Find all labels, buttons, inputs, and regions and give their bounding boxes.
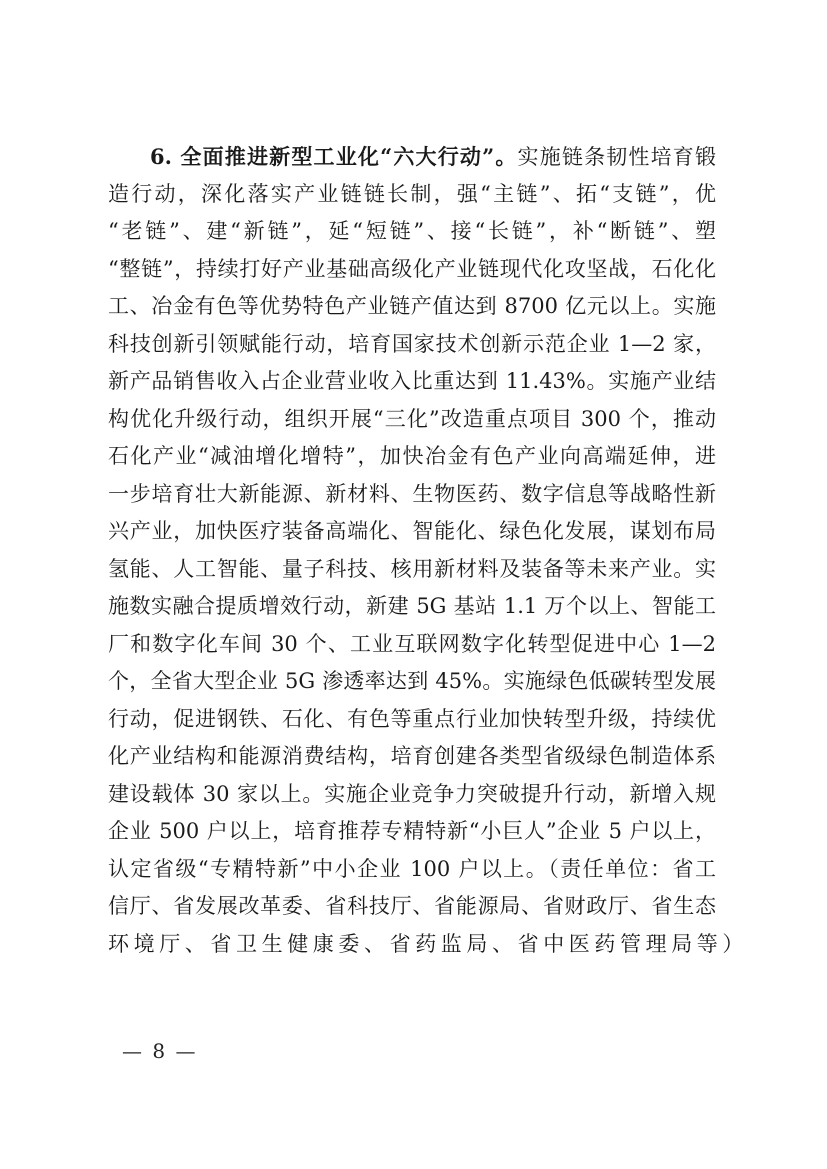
paragraph-line: “老链”、建“新链”，延“短链”、接“长链”，补“断链”、塑 [108, 213, 716, 251]
paragraph-line: 6. 全面推进新型工业化“六大行动”。实施链条韧性培育锻 [108, 138, 716, 176]
body-paragraph: 6. 全面推进新型工业化“六大行动”。实施链条韧性培育锻 造行动，深化落实产业链… [108, 138, 716, 963]
paragraph-line: 新产品销售收入占企业营业收入比重达到 11.43%。实施产业结 [108, 363, 716, 401]
paragraph-line: 兴产业，加快医疗装备高端化、智能化、绿色化发展，谋划布局 [108, 513, 716, 551]
paragraph-line: 构优化升级行动，组织开展“三化”改造重点项目 300 个，推动 [108, 401, 716, 439]
paragraph-line: 个，全省大型企业 5G 渗透率达到 45%。实施绿色低碳转型发展 [108, 663, 716, 701]
paragraph-line: 企业 500 户以上，培育推荐专精特新“小巨人”企业 5 户以上， [108, 813, 716, 851]
paragraph-line: 行动，促进钢铁、石化、有色等重点行业加快转型升级，持续优 [108, 701, 716, 739]
section-heading: 6. 全面推进新型工业化“六大行动”。 [150, 144, 518, 169]
paragraph-line: 氢能、人工智能、量子科技、核用新材料及装备等未来产业。实 [108, 551, 716, 589]
paragraph-line: 施数实融合提质增效行动，新建 5G 基站 1.1 万个以上、智能工 [108, 588, 716, 626]
paragraph-line: 厂和数字化车间 30 个、工业互联网数字化转型促进中心 1—2 [108, 626, 716, 664]
line-text: 实施链条韧性培育锻 [518, 145, 716, 169]
paragraph-line: 科技创新引领赋能行动，培育国家技术创新示范企业 1—2 家， [108, 326, 716, 364]
paragraph-line: 一步培育壮大新能源、新材料、生物医药、数字信息等战略性新 [108, 476, 716, 514]
paragraph-line: 石化产业“减油增化增特”，加快冶金有色产业向高端延伸，进 [108, 438, 716, 476]
paragraph-line: 建设载体 30 家以上。实施企业竞争力突破提升行动，新增入规 [108, 776, 716, 814]
paragraph-line: 信厅、省发展改革委、省科技厅、省能源局、省财政厅、省生态 [108, 888, 716, 926]
paragraph-line: “整链”，持续打好产业基础高级化产业链现代化攻坚战，石化化 [108, 251, 716, 289]
paragraph-line: 工、冶金有色等优势特色产业链产值达到 8700 亿元以上。实施 [108, 288, 716, 326]
paragraph-line: 环境厅、省卫生健康委、省药监局、省中医药管理局等） [108, 926, 716, 964]
paragraph-line: 化产业结构和能源消费结构，培育创建各类型省级绿色制造体系 [108, 738, 716, 776]
page-number: — 8 — [122, 1038, 197, 1064]
document-page: 6. 全面推进新型工业化“六大行动”。实施链条韧性培育锻 造行动，深化落实产业链… [0, 0, 827, 1169]
paragraph-line: 认定省级“专精特新”中小企业 100 户以上。（责任单位：省工 [108, 851, 716, 889]
paragraph-line: 造行动，深化落实产业链链长制，强“主链”、拓“支链”，优 [108, 176, 716, 214]
